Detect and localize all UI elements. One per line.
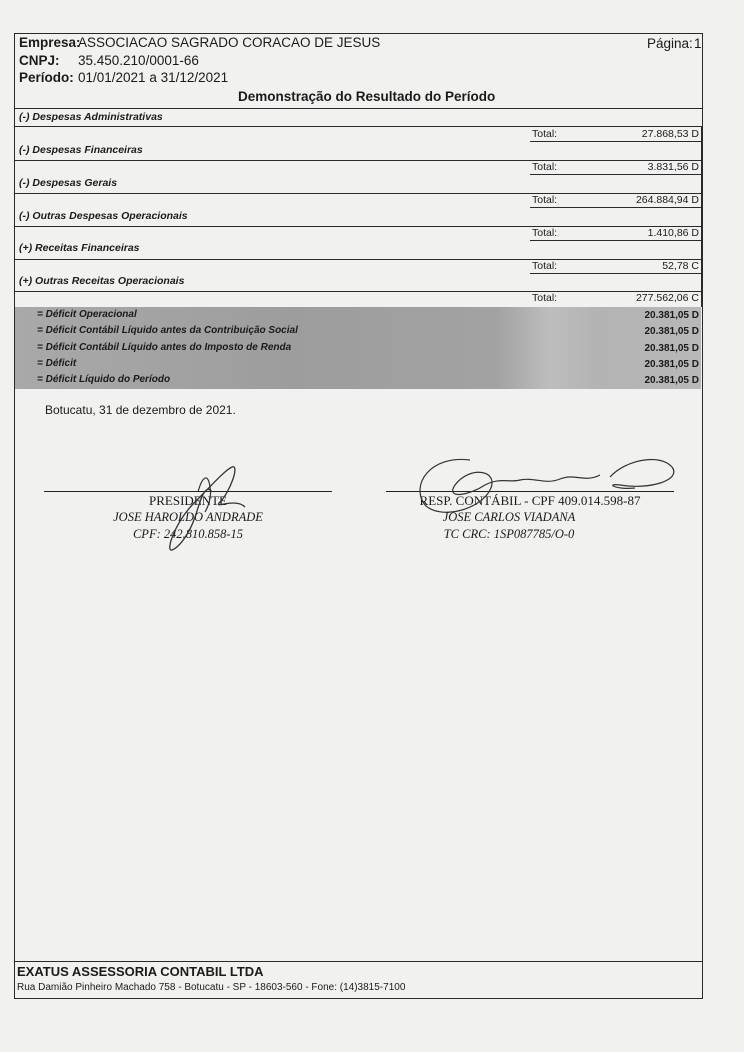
result-value: 20.381,05 D — [559, 375, 699, 386]
section-label: (+) Receitas Financeiras — [19, 242, 140, 254]
total-value: 277.562,06 C — [559, 292, 699, 304]
divider — [14, 961, 703, 962]
cnpj-label: CNPJ: — [19, 53, 60, 68]
section-label: (-) Outras Despesas Operacionais — [19, 210, 188, 222]
footer-company: EXATUS ASSESSORIA CONTABIL LTDA — [17, 964, 264, 979]
result-label: = Déficit Líquido do Período — [37, 374, 170, 385]
report-title: Demonstração do Resultado do Período — [238, 89, 495, 104]
result-value: 20.381,05 D — [559, 326, 699, 337]
company-name: ASSOCIACAO SAGRADO CORACAO DE JESUS — [78, 35, 380, 50]
total-label: Total: — [532, 227, 557, 239]
result-label: = Déficit Contábil Líquido antes da Cont… — [37, 325, 298, 336]
section-label: (+) Outras Receitas Operacionais — [19, 275, 184, 287]
total-label: Total: — [532, 292, 557, 304]
total-label: Total: — [532, 194, 557, 206]
total-label: Total: — [532, 260, 557, 272]
total-value: 3.831,56 D — [559, 161, 699, 173]
page-number: 1 — [694, 36, 702, 51]
divider — [530, 207, 703, 208]
divider — [530, 141, 703, 142]
signature-scribble-left — [150, 462, 250, 557]
total-label: Total: — [532, 161, 557, 173]
signer-id-right: TC CRC: 1SP087785/O-0 — [386, 527, 632, 542]
period-label: Período: — [19, 70, 74, 85]
company-label: Empresa: — [19, 35, 81, 50]
total-value: 264.884,94 D — [559, 194, 699, 206]
cnpj-value: 35.450.210/0001-66 — [78, 53, 199, 68]
result-value: 20.381,05 D — [559, 359, 699, 370]
page-label: Página: — [647, 36, 693, 51]
total-value: 27.868,53 D — [559, 128, 699, 140]
signature-scribble-right — [410, 455, 690, 525]
divider — [530, 240, 703, 241]
result-value: 20.381,05 D — [559, 343, 699, 354]
section-label: (-) Despesas Gerais — [19, 177, 117, 189]
period-value: 01/01/2021 a 31/12/2021 — [78, 70, 228, 85]
total-value: 1.410,86 D — [559, 227, 699, 239]
divider — [14, 108, 703, 109]
divider — [14, 126, 703, 127]
result-label: = Déficit — [37, 358, 76, 369]
section-label: (-) Despesas Administrativas — [19, 111, 163, 123]
divider — [530, 174, 703, 175]
result-value: 20.381,05 D — [559, 310, 699, 321]
result-label: = Déficit Operacional — [37, 309, 137, 320]
total-label: Total: — [532, 128, 557, 140]
column-divider — [701, 126, 702, 307]
place-date: Botucatu, 31 de dezembro de 2021. — [45, 403, 236, 417]
section-label: (-) Despesas Financeiras — [19, 144, 143, 156]
total-value: 52,78 C — [559, 260, 699, 272]
result-label: = Déficit Contábil Líquido antes do Impo… — [37, 342, 291, 353]
footer-address: Rua Damião Pinheiro Machado 758 - Botuca… — [17, 982, 405, 993]
divider — [530, 273, 703, 274]
